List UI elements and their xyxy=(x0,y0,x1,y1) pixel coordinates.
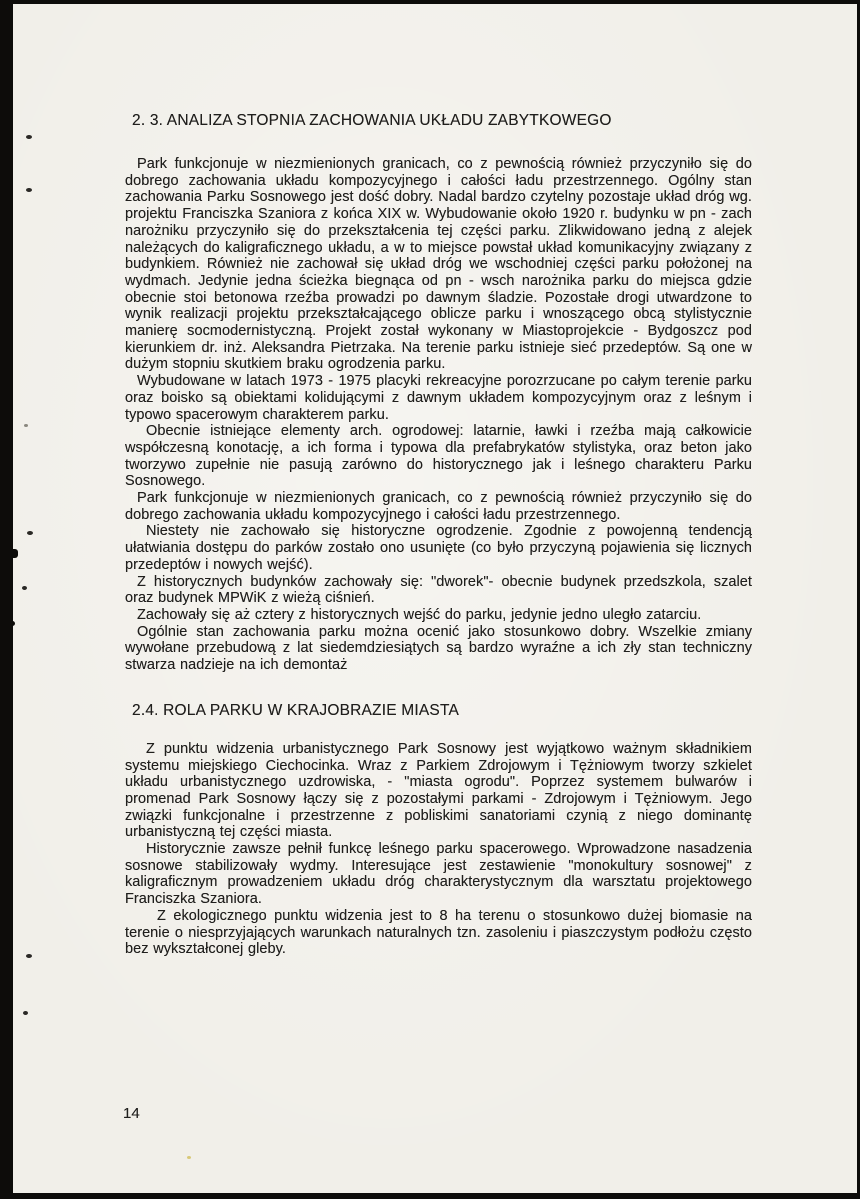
scan-edge-left xyxy=(0,0,13,1199)
paragraph: Park funkcjonuje w niezmienionych granic… xyxy=(125,156,752,373)
paragraph: Z punktu widzenia urbanistycznego Park S… xyxy=(125,741,752,841)
scan-speck xyxy=(26,188,32,192)
paragraph: Wybudowane w latach 1973 - 1975 placyki … xyxy=(125,373,752,423)
paragraph: Zachowały się aż cztery z historycznych … xyxy=(125,607,752,624)
paragraph: Ogólnie stan zachowania parku można ocen… xyxy=(125,624,752,674)
paragraph: Park funkcjonuje w niezmienionych granic… xyxy=(125,490,752,523)
scan-edge-nick xyxy=(0,549,18,558)
scan-speck xyxy=(23,1011,28,1015)
document-page: 2. 3. ANALIZA STOPNIA ZACHOWANIA UKŁADU … xyxy=(0,0,860,1199)
paragraph: Z historycznych budynków zachowały się: … xyxy=(125,574,752,607)
scan-edge-nick xyxy=(0,621,15,626)
scan-speck xyxy=(187,1156,191,1159)
paragraph: Historycznie zawsze pełnił funkcę leśneg… xyxy=(125,841,752,908)
text-column: 2. 3. ANALIZA STOPNIA ZACHOWANIA UKŁADU … xyxy=(125,112,752,958)
scan-edge-top xyxy=(0,0,860,4)
paragraph: Z ekologicznego punktu widzenia jest to … xyxy=(125,908,752,958)
section-heading: 2.4. ROLA PARKU W KRAJOBRAZIE MIASTA xyxy=(132,702,752,720)
scan-speck xyxy=(26,135,32,139)
paragraph: Obecnie istniejące elementy arch. ogrodo… xyxy=(125,423,752,490)
scan-edge-bottom xyxy=(0,1193,860,1199)
page-number: 14 xyxy=(123,1105,140,1122)
scan-speck xyxy=(27,531,33,535)
scan-speck xyxy=(22,586,27,590)
scan-speck xyxy=(26,954,32,958)
section-heading: 2. 3. ANALIZA STOPNIA ZACHOWANIA UKŁADU … xyxy=(132,112,752,130)
paragraph: Niestety nie zachowało się historyczne o… xyxy=(125,523,752,573)
scan-speck xyxy=(24,424,28,427)
